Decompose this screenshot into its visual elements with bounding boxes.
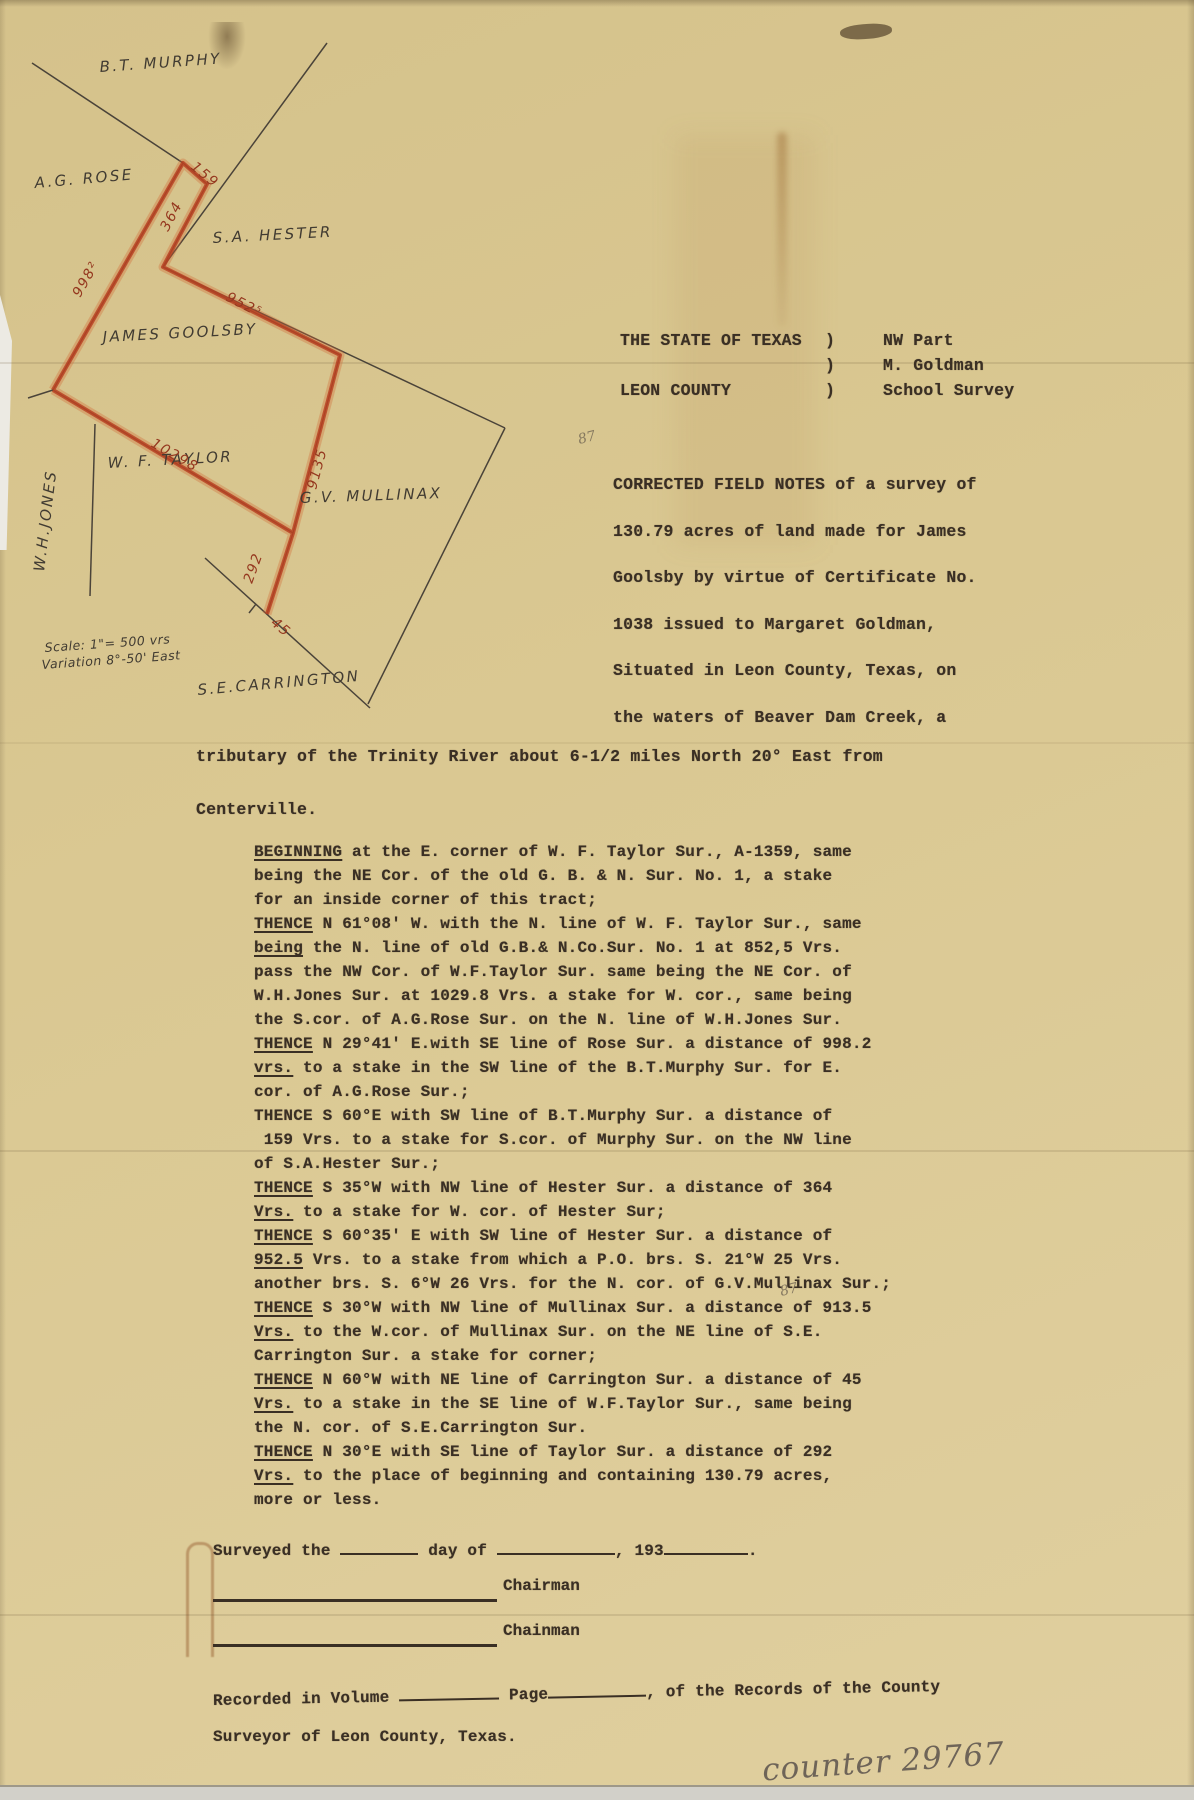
hdr-bracket: ): [825, 328, 883, 353]
intro-paragraph: CORRECTED FIELD NOTES of a survey of130.…: [613, 462, 977, 741]
caption-row: THE STATE OF TEXAS)NW Part: [620, 328, 1014, 353]
note-text: cor. of A.G.Rose Sur.;: [254, 1083, 470, 1101]
field-note-line: THENCE N 61°08' W. with the N. line of W…: [254, 912, 891, 936]
note-text: being the NE Cor. of the old G. B. & N. …: [254, 867, 832, 885]
field-note-line: being the N. line of old G.B.& N.Co.Sur.…: [254, 936, 891, 960]
case-caption: THE STATE OF TEXAS)NW Part)M. GoldmanLEO…: [620, 328, 1014, 403]
ink-stain: [840, 22, 893, 41]
signature-line: [213, 1644, 497, 1647]
note-text: to a stake in the SE line of W.F.Taylor …: [293, 1395, 852, 1413]
plat-distance-952-5: 952⁵: [223, 289, 264, 321]
field-note-line: Vrs. to the W.cor. of Mullinax Sur. on t…: [254, 1320, 891, 1344]
field-note-line: Vrs. to a stake for W. cor. of Hester Su…: [254, 1200, 891, 1224]
surveyor-line: Surveyor of Leon County, Texas.: [213, 1728, 517, 1746]
field-note-line: pass the NW Cor. of W.F.Taylor Sur. same…: [254, 960, 891, 984]
intro-continuation-line: tributary of the Trinity River about 6-1…: [196, 747, 883, 766]
scanner-backing: [0, 1785, 1194, 1800]
chainman-label: Chainman: [503, 1622, 580, 1640]
stain-drip: [777, 132, 787, 327]
note-text: THENCE S 60°E with SW line of B.T.Murphy…: [254, 1107, 832, 1125]
underlined-word: THENCE: [254, 1299, 313, 1317]
underlined-word: THENCE: [254, 1179, 313, 1197]
surveyed-date-line: Surveyed the day of , 193.: [213, 1538, 758, 1560]
underlined-word: Vrs.: [254, 1323, 293, 1341]
field-note-line: the S.cor. of A.G.Rose Sur. on the N. li…: [254, 1008, 891, 1032]
field-note-line: THENCE S 35°W with NW line of Hester Sur…: [254, 1176, 891, 1200]
recorded-label: Recorded in Volume: [213, 1688, 400, 1710]
field-note-line: THENCE N 30°E with SE line of Taylor Sur…: [254, 1440, 891, 1464]
recorded-line: Recorded in Volume Page, of the Records …: [213, 1674, 941, 1710]
note-text: N 29°41' E.with SE line of Rose Sur. a d…: [313, 1035, 872, 1053]
note-text: to a stake for W. cor. of Hester Sur;: [293, 1203, 665, 1221]
plat-label-mullinax: G.V. MULLINAX: [300, 484, 443, 507]
field-note-line: THENCE N 60°W with NE line of Carrington…: [254, 1368, 891, 1392]
hdr-right: School Survey: [883, 381, 1014, 400]
staple-rust-mark: [186, 1542, 214, 1657]
underlined-word: Vrs.: [254, 1467, 293, 1485]
signature-row-2: Chainman: [213, 1622, 813, 1672]
field-notes-body: BEGINNING at the E. corner of W. F. Tayl…: [254, 840, 891, 1512]
plat-label-rose: A.G. ROSE: [33, 165, 134, 192]
field-note-line: more or less.: [254, 1488, 891, 1512]
note-text: to a stake in the SW line of the B.T.Mur…: [293, 1059, 842, 1077]
note-text: to the place of beginning and containing…: [293, 1467, 832, 1485]
note-text: the N. cor. of S.E.Carrington Sur.: [254, 1419, 587, 1437]
handwritten-counter-number: counter 29767: [761, 1736, 1006, 1789]
surveyed-label: Surveyed the: [213, 1542, 340, 1560]
paper-right-edge: [1187, 0, 1194, 1800]
note-text: the S.cor. of A.G.Rose Sur. on the N. li…: [254, 1011, 842, 1029]
month-blank: [497, 1538, 615, 1555]
plat-map: B.T. MURPHY A.G. ROSE S.A. HESTER JAMES …: [0, 0, 520, 740]
jones-east-line: [90, 424, 95, 596]
underlined-word: THENCE: [254, 1371, 313, 1389]
plat-distance-998-2: 998²: [70, 259, 103, 300]
underlined-word: THENCE: [254, 1035, 313, 1053]
field-note-line: THENCE S 30°W with NW line of Mullinax S…: [254, 1296, 891, 1320]
fold-crease: [0, 742, 1194, 744]
chairman-label: Chairman: [503, 1577, 580, 1595]
note-text: for an inside corner of this tract;: [254, 891, 597, 909]
intro-line: the waters of Beaver Dam Creek, a: [613, 695, 977, 742]
day-of-label: day of: [418, 1542, 496, 1560]
field-note-line: Carrington Sur. a stake for corner;: [254, 1344, 891, 1368]
field-note-line: 159 Vrs. to a stake for S.cor. of Murphy…: [254, 1128, 891, 1152]
note-text: the N. line of old G.B.& N.Co.Sur. No. 1…: [303, 939, 842, 957]
records-label: , of the Records of the County: [646, 1678, 940, 1702]
underlined-word: THENCE: [254, 1227, 313, 1245]
plat-label-hester: S.A. HESTER: [212, 223, 333, 247]
underlined-word: 952.5: [254, 1251, 303, 1269]
note-text: N 61°08' W. with the N. line of W. F. Ta…: [313, 915, 862, 933]
underlined-word: being: [254, 939, 303, 957]
note-text: N 30°E with SE line of Taylor Sur. a dis…: [313, 1443, 832, 1461]
plat-distance-292: 292: [241, 551, 267, 586]
underlined-word: Vrs.: [254, 1203, 293, 1221]
intro-line: Goolsby by virtue of Certificate No.: [613, 555, 977, 602]
volume-blank: [399, 1683, 499, 1702]
period: .: [748, 1542, 758, 1560]
field-note-line: Vrs. to a stake in the SE line of W.F.Ta…: [254, 1392, 891, 1416]
field-note-line: the N. cor. of S.E.Carrington Sur.: [254, 1416, 891, 1440]
hdr-left: LEON COUNTY: [620, 378, 825, 403]
underlined-word: Vrs.: [254, 1395, 293, 1413]
note-text: W.H.Jones Sur. at 1029.8 Vrs. a stake fo…: [254, 987, 852, 1005]
caption-row: LEON COUNTY)School Survey: [620, 378, 1014, 403]
caption-row: )M. Goldman: [620, 353, 1014, 378]
jones-north-stub: [28, 390, 53, 398]
intro-line: 1038 issued to Margaret Goldman,: [613, 602, 977, 649]
plat-label-jones: W.H.JONES: [30, 469, 60, 573]
field-note-line: 952.5 Vrs. to a stake from which a P.O. …: [254, 1248, 891, 1272]
mullinax-se-line: [368, 428, 505, 704]
hdr-right: NW Part: [883, 331, 954, 350]
hdr-left: THE STATE OF TEXAS: [620, 328, 825, 353]
plat-label-murphy: B.T. MURPHY: [99, 50, 222, 76]
underlined-word: BEGINNING: [254, 843, 342, 861]
intro-line: Situated in Leon County, Texas, on: [613, 648, 977, 695]
pencil-mark-87: 87: [576, 428, 597, 448]
page-label: Page: [499, 1686, 548, 1705]
hdr-right: M. Goldman: [883, 356, 984, 375]
signature-line: [213, 1599, 497, 1602]
field-note-line: for an inside corner of this tract;: [254, 888, 891, 912]
plat-label-carrington: S.E.CARRINGTON: [197, 667, 361, 699]
field-note-line: Vrs. to the place of beginning and conta…: [254, 1464, 891, 1488]
note-text: more or less.: [254, 1491, 381, 1509]
intro-line: 130.79 acres of land made for James: [613, 509, 977, 556]
note-text: S 35°W with NW line of Hester Sur. a dis…: [313, 1179, 832, 1197]
note-text: Carrington Sur. a stake for corner;: [254, 1347, 597, 1365]
note-text: Vrs. to a stake from which a P.O. brs. S…: [303, 1251, 842, 1269]
field-note-line: THENCE S 60°35' E with SW line of Hester…: [254, 1224, 891, 1248]
year-blank: [664, 1538, 748, 1555]
note-text: 159 Vrs. to a stake for S.cor. of Murphy…: [254, 1131, 852, 1149]
year-prefix: , 193: [615, 1542, 664, 1560]
field-note-line: W.H.Jones Sur. at 1029.8 Vrs. a stake fo…: [254, 984, 891, 1008]
hdr-bracket: ): [825, 378, 883, 403]
note-text: N 60°W with NE line of Carrington Sur. a…: [313, 1371, 862, 1389]
underlined-word: THENCE: [254, 915, 313, 933]
hdr-bracket: ): [825, 353, 883, 378]
field-note-line: BEGINNING at the E. corner of W. F. Tayl…: [254, 840, 891, 864]
underlined-word: vrs.: [254, 1059, 293, 1077]
plat-distance-913-5: 9135: [304, 447, 330, 491]
note-text: of S.A.Hester Sur.;: [254, 1155, 440, 1173]
day-blank: [340, 1538, 418, 1555]
intro-line: CORRECTED FIELD NOTES of a survey of: [613, 462, 977, 509]
field-note-line: THENCE S 60°E with SW line of B.T.Murphy…: [254, 1104, 891, 1128]
note-text: pass the NW Cor. of W.F.Taylor Sur. same…: [254, 963, 852, 981]
field-note-line: cor. of A.G.Rose Sur.;: [254, 1080, 891, 1104]
plat-label-goolsby: JAMES GOOLSBY: [99, 320, 258, 346]
corner-tick: [249, 604, 256, 613]
note-text: to the W.cor. of Mullinax Sur. on the NE…: [293, 1323, 822, 1341]
scanned-survey-document: B.T. MURPHY A.G. ROSE S.A. HESTER JAMES …: [0, 0, 1194, 1800]
note-text: S 30°W with NW line of Mullinax Sur. a d…: [313, 1299, 872, 1317]
signature-row-1: Chairman: [213, 1577, 813, 1627]
note-text: S 60°35' E with SW line of Hester Sur. a…: [313, 1227, 832, 1245]
note-text: at the E. corner of W. F. Taylor Sur., A…: [342, 843, 852, 861]
field-note-line: THENCE N 29°41' E.with SE line of Rose S…: [254, 1032, 891, 1056]
page-blank: [548, 1680, 646, 1699]
field-note-line: vrs. to a stake in the SW line of the B.…: [254, 1056, 891, 1080]
field-note-line: being the NE Cor. of the old G. B. & N. …: [254, 864, 891, 888]
underlined-word: THENCE: [254, 1443, 313, 1461]
field-note-line: of S.A.Hester Sur.;: [254, 1152, 891, 1176]
murphy-sw-line: [32, 63, 183, 163]
intro-continuation-line: Centerville.: [196, 800, 317, 819]
